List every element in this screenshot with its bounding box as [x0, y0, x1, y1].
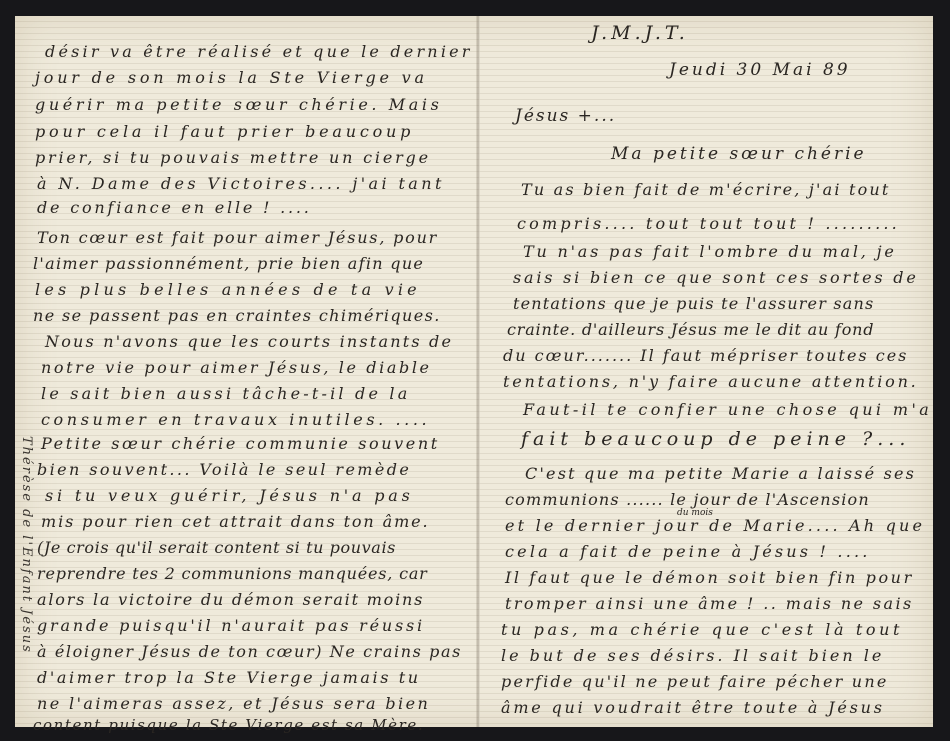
- text-line: mis pour rien cet attrait dans ton âme.: [41, 512, 430, 531]
- text-line: communions ...... le jour de l'Ascension: [505, 490, 870, 509]
- salutation: Ma petite sœur chérie: [611, 144, 867, 164]
- text-line: prier, si tu pouvais mettre un cierge: [35, 148, 431, 167]
- text-line: Ton cœur est fait pour aimer Jésus, pour: [37, 228, 438, 247]
- text-line: crainte. d'ailleurs Jésus me le dit au f…: [507, 320, 874, 339]
- header-monogram: J.M.J.T.: [591, 22, 689, 44]
- text-line: notre vie pour aimer Jésus, le diable: [41, 358, 432, 377]
- text-line: bien souvent... Voilà le seul remède: [37, 460, 411, 479]
- text-line: alors la victoire du démon serait moins: [37, 590, 424, 609]
- text-line: guérir ma petite sœur chérie. Mais: [35, 95, 442, 114]
- text-line: Il faut que le démon soit bien fin pour: [505, 568, 914, 587]
- text-line: Tu as bien fait de m'écrire, j'ai tout: [521, 180, 891, 199]
- text-line: Nous n'avons que les courts instants de: [45, 332, 453, 351]
- text-line: fait beaucoup de peine ?...: [521, 428, 910, 450]
- text-line: Petite sœur chérie communie souvent: [41, 434, 440, 453]
- text-line: désir va être réalisé et que le dernier: [45, 42, 473, 61]
- text-line: C'est que ma petite Marie a laissé ses: [525, 464, 916, 483]
- text-line: content puisque la Ste Vierge est sa Mèr…: [33, 716, 424, 734]
- text-line: d'aimer trop la Ste Vierge jamais tu: [37, 668, 421, 687]
- text-line: Tu n'as pas fait l'ombre du mal, je: [523, 242, 897, 261]
- text-line: consumer en travaux inutiles. ....: [41, 410, 430, 429]
- margin-note: Thérèse de l'Enfant Jésus: [19, 436, 34, 654]
- text-line: grande puisqu'il n'aurait pas réussi: [37, 616, 425, 635]
- text-line: pour cela il faut prier beaucoup: [35, 122, 414, 141]
- text-line: et le dernier jour de Marie.... Ah que: [505, 516, 925, 535]
- text-line: jour de son mois la Ste Vierge va: [35, 68, 428, 87]
- text-line: Faut-il te confier une chose qui m'a: [523, 400, 932, 419]
- text-line: ne se passent pas en craintes chimérique…: [33, 306, 441, 325]
- text-line: perfide qu'il ne peut faire pécher une: [501, 672, 889, 691]
- right-page: J.M.J.T. Jeudi 30 Mai 89 Jésus +... Ma p…: [481, 16, 933, 727]
- text-line: les plus belles années de ta vie: [35, 280, 421, 299]
- text-line: tromper ainsi une âme ! .. mais ne sais: [505, 594, 914, 613]
- letter-scan: Thérèse de l'Enfant Jésus désir va être …: [0, 0, 950, 741]
- text-line: à N. Dame des Victoires.... j'ai tant: [37, 174, 445, 193]
- text-line: tentations que je puis te l'assurer sans: [513, 294, 874, 313]
- text-line: si tu veux guérir, Jésus n'a pas: [45, 486, 414, 505]
- text-line: tu pas, ma chérie que c'est là tout: [501, 620, 903, 639]
- text-line: reprendre tes 2 communions manquées, car: [37, 564, 428, 583]
- text-line: de confiance en elle ! ....: [37, 198, 312, 217]
- text-line: le sait bien aussi tâche-t-il de la: [41, 384, 410, 403]
- invocation: Jésus +...: [515, 106, 616, 126]
- text-line: (Je crois qu'il serait content si tu pou…: [37, 538, 396, 557]
- text-line: âme qui voudrait être toute à Jésus: [501, 698, 885, 717]
- text-line: ne l'aimeras assez, et Jésus sera bien: [37, 694, 430, 713]
- text-line: à éloigner Jésus de ton cœur) Ne crains …: [37, 642, 462, 661]
- text-line: compris.... tout tout tout ! .........: [517, 214, 900, 233]
- text-line: le but de ses désirs. Il sait bien le: [501, 646, 884, 665]
- letter-date: Jeudi 30 Mai 89: [669, 60, 851, 80]
- text-line: tentations, n'y faire aucune attention.: [503, 372, 919, 391]
- left-page: Thérèse de l'Enfant Jésus désir va être …: [15, 16, 475, 727]
- text-line: sais si bien ce que sont ces sortes de: [513, 268, 919, 287]
- text-line: cela a fait de peine à Jésus ! ....: [505, 542, 871, 561]
- center-fold: [476, 16, 480, 727]
- paper-sheet: Thérèse de l'Enfant Jésus désir va être …: [15, 16, 933, 727]
- text-line: du cœur....... Il faut mépriser toutes c…: [503, 346, 908, 365]
- text-line: l'aimer passionnément, prie bien afin qu…: [33, 254, 424, 273]
